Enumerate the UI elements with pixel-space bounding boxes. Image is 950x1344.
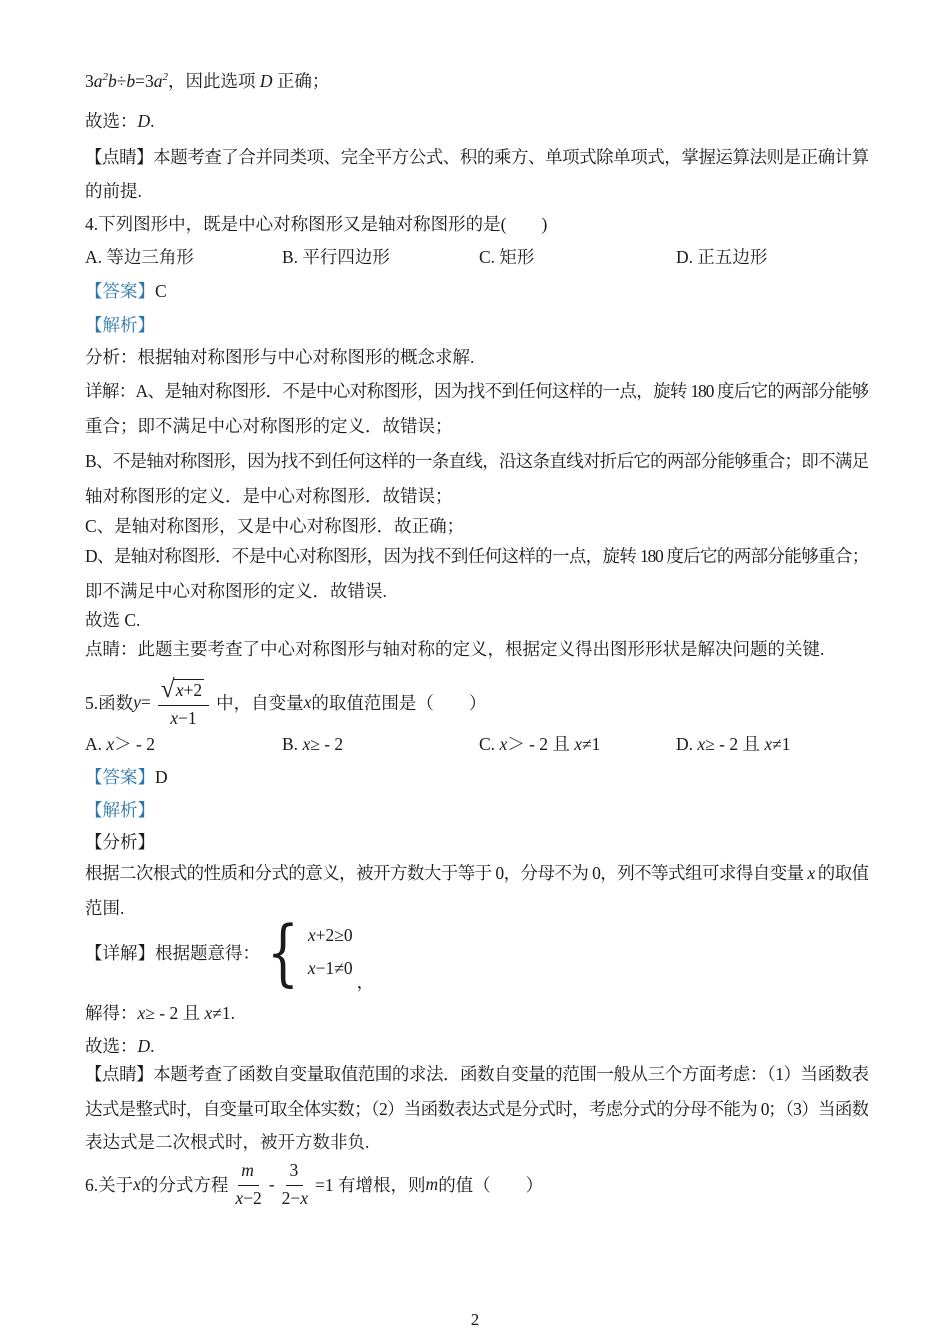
q3-conclusion: 故选：D. <box>85 104 868 138</box>
q5-option-b: B. x≥ - 2 <box>282 727 343 761</box>
q5-option-d: D. x≥ - 2 且 x≠1 <box>676 727 791 761</box>
q5-answer-line: 【答案】D <box>85 760 868 794</box>
q4-detail-line3: B、不是轴对称图形，因为找不到任何这样的一条直线，沿这条直线对折后它的两部分能够… <box>85 444 868 479</box>
q3-remark-line1: 【点睛】本题考查了合并同类项、完全平方公式、积的乘方、单项式除单项式，掌握运算法… <box>85 140 868 175</box>
q4-option-b: B. 平行四边形 <box>282 240 390 274</box>
q6-fraction-1: mx−2 <box>235 1159 261 1209</box>
q6-fraction-2: 32−x <box>282 1159 308 1209</box>
document-page: 3a2b÷b=3a2，因此选项 D 正确； 故选：D. 【点睛】本题考查了合并同… <box>0 0 950 1344</box>
q5-analysis-label: 【解析】 <box>85 793 868 827</box>
q5-option-a: A. x＞ - 2 <box>85 727 155 761</box>
q5-analysis-line1: 根据二次根式的性质和分式的意义，被开方数大于等于 0，分母不为 0，列不等式组可… <box>85 856 868 891</box>
minus-sign: - <box>269 1174 275 1195</box>
left-brace: { <box>267 916 299 988</box>
q5-remark-line2: 达式是整式时，自变量可取全体实数；（2）当函数表达式是分式时，考虑分式的分母不能… <box>85 1092 868 1127</box>
q5-answer-value: D <box>155 767 168 787</box>
q4-analysis: 分析：根据轴对称图形与中心对称图形的概念求解. <box>85 340 868 374</box>
q3-result-text: 3 <box>85 71 94 91</box>
q4-detail-line6: D、是轴对称图形．不是中心对称图形，因为找不到任何这样的一点，旋转 180 度后… <box>85 539 868 574</box>
q3-result-line: 3a2b÷b=3a2，因此选项 D 正确； <box>85 64 868 98</box>
q4-option-a: A. 等边三角形 <box>85 240 194 274</box>
q5-answer-label: 【答案】 <box>85 767 155 787</box>
q4-detail-line2: 重合；即不满足中心对称图形的定义．故错误； <box>85 409 868 443</box>
inequality-stack: x+2≥0x−1≠0 <box>308 919 353 985</box>
q4-detail-line4: 轴对称图形的定义．是中心对称图形．故错误； <box>85 479 868 513</box>
q4-answer-label: 【答案】 <box>85 281 155 301</box>
q5-solve-line: 解得：x≥ - 2 且 x≠1. <box>85 996 868 1030</box>
q4-option-c: C. 矩形 <box>479 240 534 274</box>
q5-remark-line1: 【点睛】本题考查了函数自变量取值范围的求法．函数自变量的范围一般从三个方面考虑：… <box>85 1057 868 1092</box>
q5-method-label: 【分析】 <box>85 825 868 859</box>
q4-answer-line: 【答案】C <box>85 274 868 308</box>
q5-fraction: √x+2x−1 <box>158 675 209 729</box>
q6-stem: 6.关于 x 的分式方程 mx−2 - 32−x=1 有增根，则 m 的值（ ） <box>85 1148 868 1220</box>
q5-detail-system: 【详解】根据题意得：{x+2≥0x−1≠0， <box>85 910 868 994</box>
q5-option-c: C. x＞ - 2 且 x≠1 <box>479 727 600 761</box>
page-number: 2 <box>0 1310 950 1330</box>
q4-analysis-label: 【解析】 <box>85 308 868 342</box>
q4-detail-line5: C、是轴对称图形，又是中心对称图形．故正确； <box>85 509 868 543</box>
q4-detail-line1: 详解：A、是轴对称图形．不是中心对称图形，因为找不到任何这样的一点，旋转 180… <box>85 374 868 409</box>
radical-sign: √ <box>161 675 175 703</box>
q4-answer-value: C <box>155 281 167 301</box>
q3-remark-line2: 的前提. <box>85 174 868 208</box>
q4-stem: 4.下列图形中，既是中心对称图形又是轴对称图形的是( ) <box>85 207 868 241</box>
q4-option-d: D. 正五边形 <box>676 240 767 274</box>
